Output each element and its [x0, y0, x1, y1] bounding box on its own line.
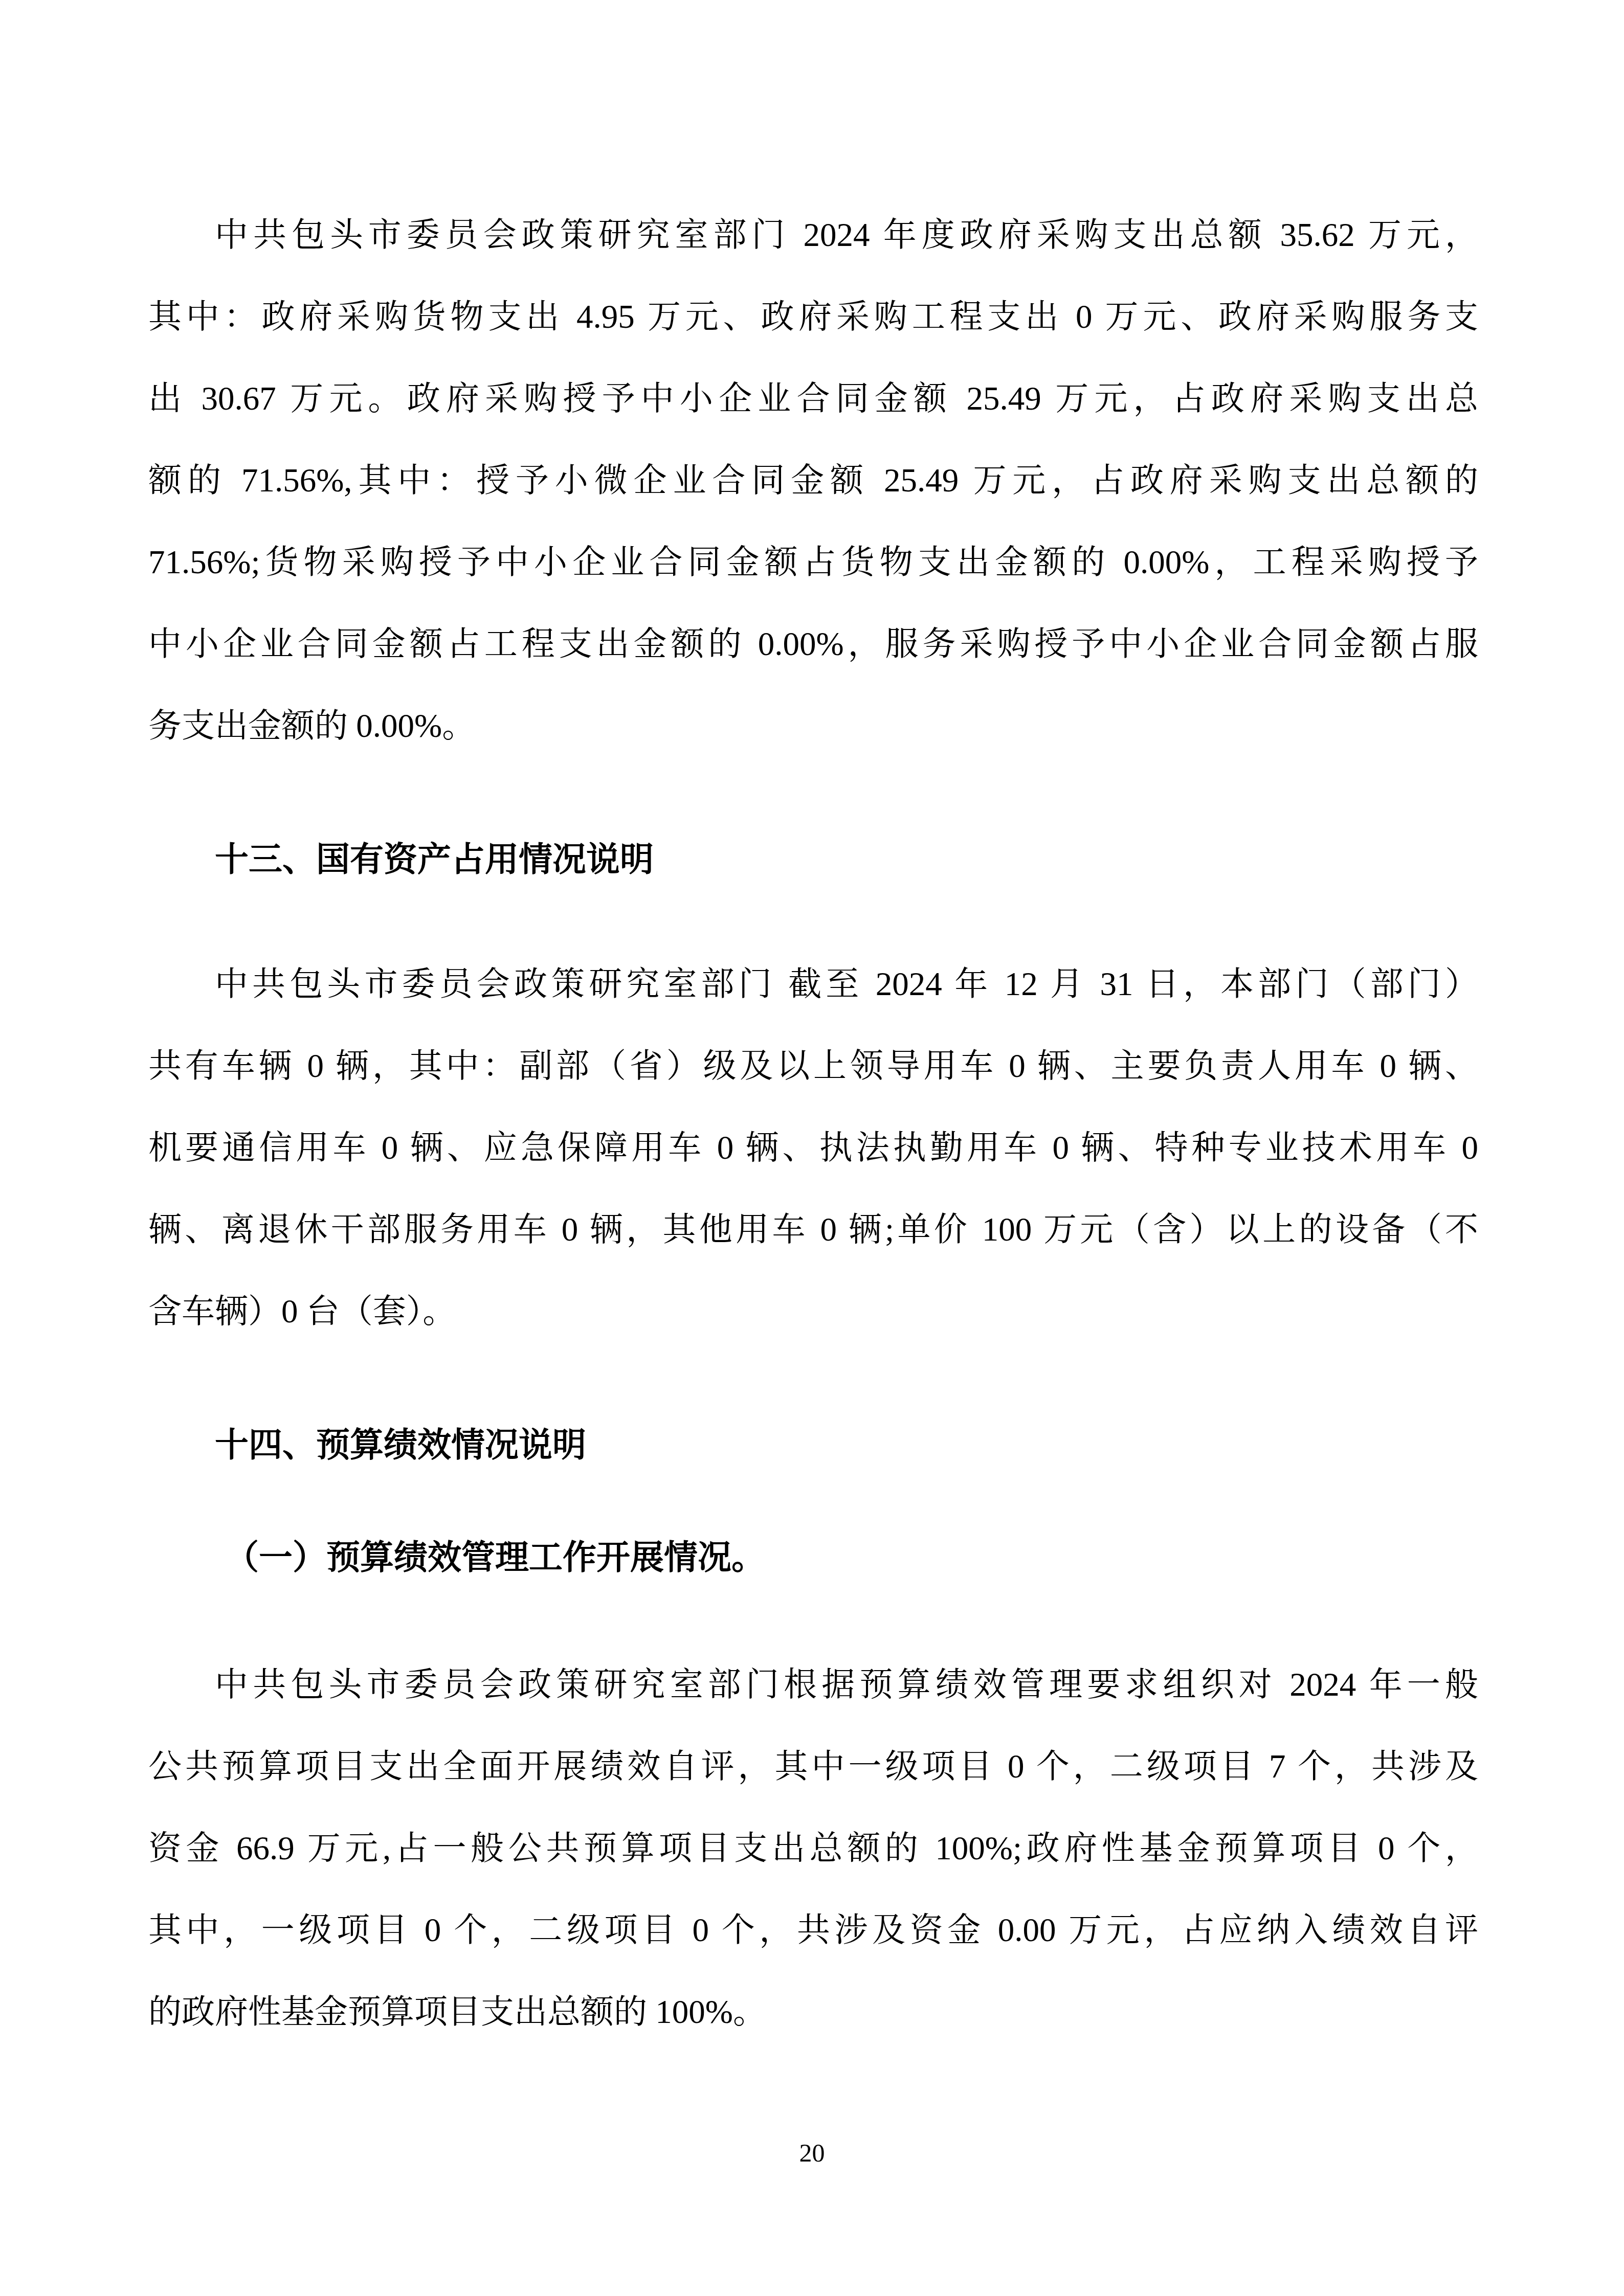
- section-heading-budget-performance: 十四、预算绩效情况说明: [148, 1404, 1478, 1485]
- subsection-heading-performance-management: （一）预算绩效管理工作开展情况。: [148, 1516, 1478, 1598]
- document-page: { "document": { "paragraph_procurement":…: [0, 0, 1624, 2296]
- paragraph-line: 出 30.67 万元。政府采购授予中小企业合同金额 25.49 万元，占政府采购…: [148, 358, 1478, 440]
- page-content: 中共包头市委员会政策研究室部门 2024 年度政府采购支出总额 35.62 万元…: [0, 0, 1624, 2053]
- paragraph-line: 中共包头市委员会政策研究室部门 2024 年度政府采购支出总额 35.62 万元…: [148, 194, 1478, 276]
- paragraph-line: 71.56%;货物采购授予中小企业合同金额占货物支出金额的 0.00%，工程采购…: [148, 522, 1478, 603]
- paragraph-line: 中共包头市委员会政策研究室部门 截至 2024 年 12 月 31 日，本部门（…: [148, 943, 1478, 1025]
- page-number: 20: [0, 2127, 1624, 2178]
- paragraph-line: 额的 71.56%,其中：授予小微企业合同金额 25.49 万元，占政府采购支出…: [148, 440, 1478, 522]
- paragraph-line: 其中：政府采购货物支出 4.95 万元、政府采购工程支出 0 万元、政府采购服务…: [148, 276, 1478, 358]
- paragraph-line: 资金 66.9 万元,占一般公共预算项目支出总额的 100%;政府性基金预算项目…: [148, 1808, 1478, 1889]
- paragraph-government-procurement: 中共包头市委员会政策研究室部门 2024 年度政府采购支出总额 35.62 万元…: [148, 194, 1478, 767]
- paragraph-line: 辆、离退休干部服务用车 0 辆，其他用车 0 辆;单价 100 万元（含）以上的…: [148, 1189, 1478, 1271]
- paragraph-line: 含车辆）0 台（套）。: [148, 1271, 1478, 1353]
- paragraph-line: 其中，一级项目 0 个，二级项目 0 个，共涉及资金 0.00 万元，占应纳入绩…: [148, 1889, 1478, 1971]
- paragraph-line: 公共预算项目支出全面开展绩效自评，其中一级项目 0 个，二级项目 7 个，共涉及: [148, 1726, 1478, 1808]
- paragraph-line: 机要通信用车 0 辆、应急保障用车 0 辆、执法执勤用车 0 辆、特种专业技术用…: [148, 1107, 1478, 1189]
- page-footer: 20: [0, 2127, 1624, 2296]
- section-heading-state-assets: 十三、国有资产占用情况说明: [148, 818, 1478, 900]
- paragraph-state-assets: 中共包头市委员会政策研究室部门 截至 2024 年 12 月 31 日，本部门（…: [148, 943, 1478, 1353]
- paragraph-line: 共有车辆 0 辆，其中：副部（省）级及以上领导用车 0 辆、主要负责人用车 0 …: [148, 1025, 1478, 1107]
- paragraph-performance-evaluation: 中共包头市委员会政策研究室部门根据预算绩效管理要求组织对 2024 年一般 公共…: [148, 1644, 1478, 2053]
- paragraph-line: 中小企业合同金额占工程支出金额的 0.00%，服务采购授予中小企业合同金额占服: [148, 603, 1478, 685]
- paragraph-line: 的政府性基金预算项目支出总额的 100%。: [148, 1971, 1478, 2053]
- paragraph-line: 中共包头市委员会政策研究室部门根据预算绩效管理要求组织对 2024 年一般: [148, 1644, 1478, 1726]
- paragraph-line: 务支出金额的 0.00%。: [148, 685, 1478, 767]
